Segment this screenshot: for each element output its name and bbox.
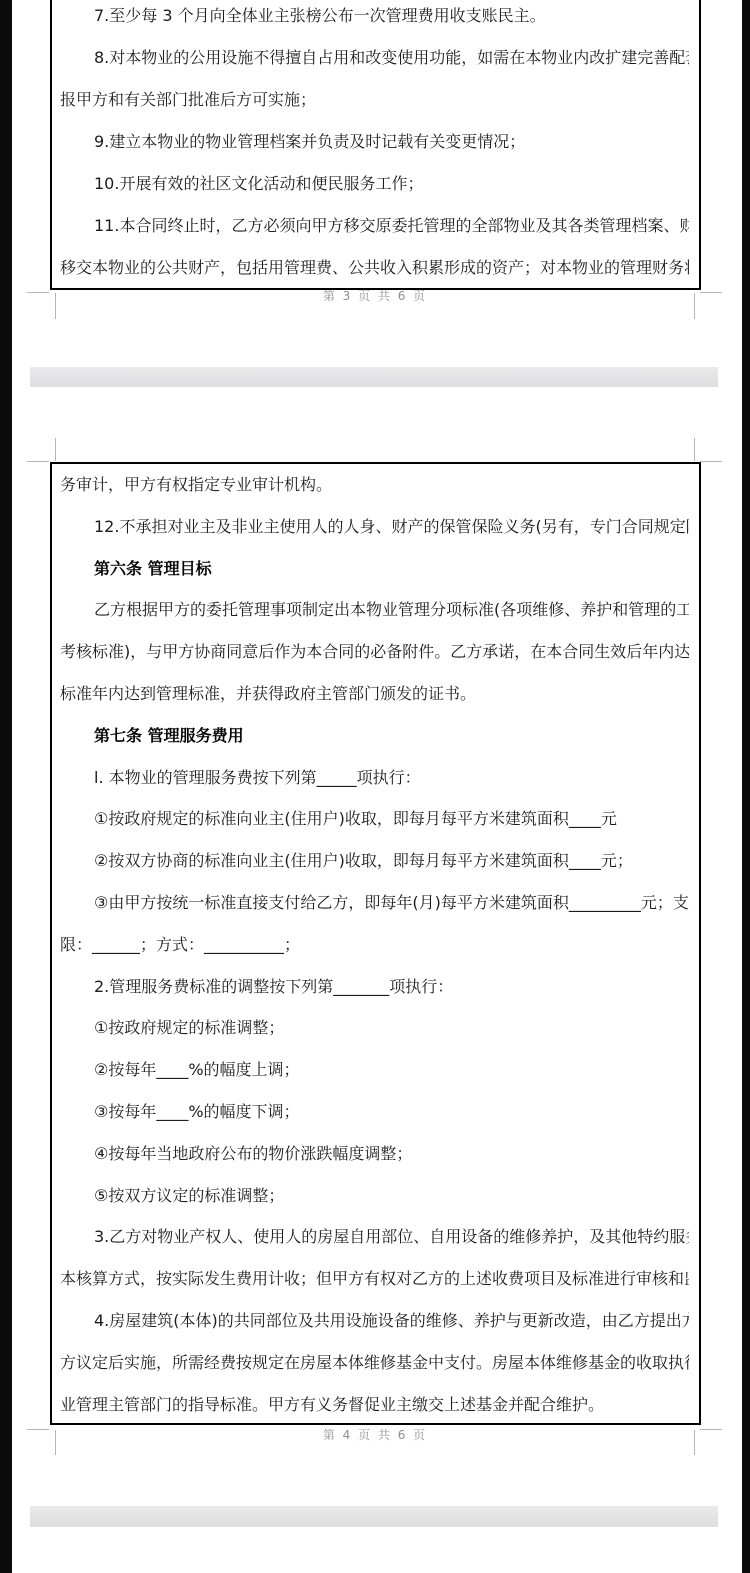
crop-mark — [694, 293, 695, 319]
page-4-footer: 第 4 页 共 6 页 — [0, 1426, 750, 1443]
doc-line: l. 本物业的管理服务费按下列第_____项执行： — [60, 757, 689, 799]
doc-line: 11.本合同终止时，乙方必须向甲方移交原委托管理的全部物业及其各类管理档案、财务… — [60, 205, 689, 247]
crop-mark — [700, 461, 722, 462]
doc-line: ①按政府规定的标准向业主(住用户)收取，即每月每平方米建筑面积____元 — [60, 798, 689, 840]
crop-mark — [27, 1429, 49, 1430]
doc-line: ③按每年____%的幅度下调； — [60, 1091, 689, 1133]
section-heading: 第七条 管理服务费用 — [60, 715, 689, 757]
doc-line: 7.至少每 3 个月向全体业主张榜公布一次管理费用收支账民主。 — [60, 0, 689, 37]
doc-line: 8.对本物业的公用设施不得擅自占用和改变使用功能，如需在本物业内改扩建完善配套项… — [60, 37, 689, 79]
crop-mark — [55, 1430, 56, 1455]
doc-line: ③由甲方按统一标准直接支付给乙方，即每年(月)每平方米建筑面积_________… — [60, 882, 689, 924]
doc-line: 考核标准)，与甲方协商同意后作为本合同的必备附件。乙方承诺，在本合同生效后年内达… — [60, 631, 689, 673]
doc-line: 乙方根据甲方的委托管理事项制定出本物业管理分项标准(各项维修、养护和管理的工作标… — [60, 589, 689, 631]
crop-mark — [694, 438, 695, 461]
page-3-text: 7.至少每 3 个月向全体业主张榜公布一次管理费用收支账民主。 8.对本物业的公… — [52, 0, 699, 289]
window-edge-left — [0, 0, 12, 1573]
doc-line: 标准年内达到管理标准，并获得政府主管部门颁发的证书。 — [60, 673, 689, 715]
crop-mark — [27, 292, 49, 293]
crop-mark — [700, 1429, 722, 1430]
page-separator — [30, 367, 718, 387]
doc-line: 务审计，甲方有权指定专业审计机构。 — [60, 464, 689, 506]
crop-mark — [27, 461, 49, 462]
page-3-content-box: 7.至少每 3 个月向全体业主张榜公布一次管理费用收支账民主。 8.对本物业的公… — [50, 0, 701, 290]
doc-line: 2.管理服务费标准的调整按下列第_______项执行： — [60, 966, 689, 1008]
page-4-text: 务审计，甲方有权指定专业审计机构。 12.不承担对业主及非业主使用人的人身、财产… — [52, 464, 699, 1425]
doc-line: 移交本物业的公共财产，包括用管理费、公共收入积累形成的资产；对本物业的管理财务状… — [60, 247, 689, 289]
doc-line: 9.建立本物业的物业管理档案并负责及时记载有关变更情况； — [60, 121, 689, 163]
doc-line: 10.开展有效的社区文化活动和便民服务工作； — [60, 163, 689, 205]
page-3-footer: 第 3 页 共 6 页 — [0, 287, 750, 304]
page-separator — [30, 1506, 718, 1527]
crop-mark — [694, 1430, 695, 1455]
doc-line: 限：______；方式：__________； — [60, 924, 689, 966]
doc-line: 12.不承担对业主及非业主使用人的人身、财产的保管保险义务(另有，专门合同规定除… — [60, 506, 689, 548]
doc-line: 3.乙方对物业产权人、使用人的房屋自用部位、自用设备的维修养护，及其他特约服务，… — [60, 1216, 689, 1258]
crop-mark — [55, 438, 56, 461]
doc-line: 业管理主管部门的指导标准。甲方有义务督促业主缴交上述基金并配合维护。 — [60, 1384, 689, 1425]
doc-line: ②按每年____%的幅度上调； — [60, 1049, 689, 1091]
crop-mark — [700, 292, 722, 293]
doc-line: ④按每年当地政府公布的物价涨跌幅度调整； — [60, 1133, 689, 1175]
section-heading: 第六条 管理目标 — [60, 548, 689, 590]
doc-line: ⑤按双方议定的标准调整； — [60, 1175, 689, 1217]
doc-line: ①按政府规定的标准调整； — [60, 1007, 689, 1049]
doc-line: ②按双方协商的标准向业主(住用户)收取，即每月每平方米建筑面积____元； — [60, 840, 689, 882]
doc-line: 4.房屋建筑(本体)的共同部位及共用设施设备的维修、养护与更新改造，由乙方提出方… — [60, 1300, 689, 1342]
doc-line: 本核算方式，按实际发生费用计收；但甲方有权对乙方的上述收费项目及标准进行审核和监… — [60, 1258, 689, 1300]
doc-line: 方议定后实施，所需经费按规定在房屋本体维修基金中支付。房屋本体维修基金的收取执行… — [60, 1342, 689, 1384]
window-edge-right — [742, 0, 750, 1573]
doc-line: 报甲方和有关部门批准后方可实施； — [60, 79, 689, 121]
page-4-content-box: 务审计，甲方有权指定专业审计机构。 12.不承担对业主及非业主使用人的人身、财产… — [50, 462, 701, 1425]
crop-mark — [55, 293, 56, 319]
